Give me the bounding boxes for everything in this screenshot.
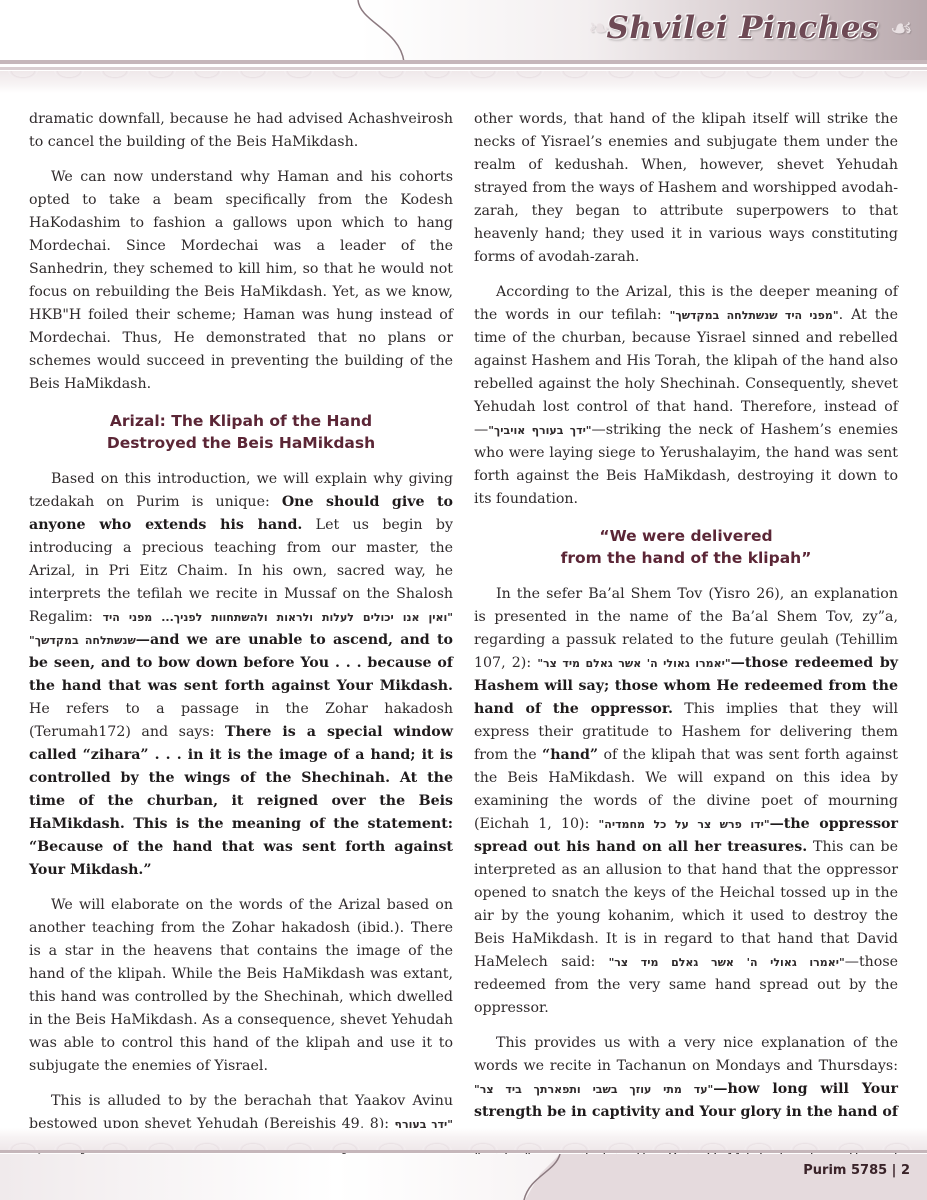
header-curve-decoration bbox=[340, 0, 420, 62]
paragraph: In the sefer Ba’al Shem Tov (Yisro 26), … bbox=[474, 583, 898, 1020]
paragraph: We will elaborate on the words of the Ar… bbox=[29, 894, 453, 1078]
footer-rule bbox=[0, 1150, 927, 1153]
header-rule bbox=[0, 60, 927, 64]
paragraph: other words, that hand of the klipah its… bbox=[474, 108, 898, 269]
footer-curve-decoration bbox=[500, 1154, 570, 1200]
hebrew-quote: "יאמרו גאולי ה' אשר גאלם מיד צר" bbox=[609, 956, 845, 969]
emphasis-text: There is a special window called “zihara… bbox=[29, 724, 453, 878]
left-column: dramatic downfall, because he had advise… bbox=[29, 108, 453, 1194]
text-run: This is alluded to by the berachah that … bbox=[29, 1093, 453, 1132]
section-heading-delivered: “We were delivered from the hand of the … bbox=[474, 525, 898, 569]
hebrew-quote: "עד מתי עוזך בשבי ותפארתך ביד צר" bbox=[474, 1083, 713, 1096]
text-run: . At the time of the churban, because Yi… bbox=[474, 307, 898, 438]
page-header: ❧ Shvilei Pinches ☙ bbox=[0, 0, 927, 100]
footer-highlight bbox=[0, 1154, 560, 1200]
swirl-ornament-right-icon: ☙ bbox=[890, 14, 913, 44]
paragraph: dramatic downfall, because he had advise… bbox=[29, 108, 453, 154]
publication-title: Shvilei Pinches bbox=[607, 10, 880, 46]
heading-line: from the hand of the klipah” bbox=[474, 547, 898, 569]
hebrew-quote: "מפני היד שנשתלחה במקדשך" bbox=[670, 309, 839, 322]
paragraph: We can now understand why Haman and his … bbox=[29, 166, 453, 396]
text-run: Let us begin by introducing a precious t… bbox=[29, 517, 453, 625]
paragraph: According to the Arizal, this is the dee… bbox=[474, 281, 898, 511]
paragraph: Based on this introduction, we will expl… bbox=[29, 468, 453, 882]
hebrew-quote: "ידו פרש צר על כל מחמדיה" bbox=[599, 818, 770, 831]
right-column: other words, that hand of the klipah its… bbox=[474, 108, 898, 1200]
heading-line: Destroyed the Beis HaMikdash bbox=[29, 432, 453, 454]
heading-line: Arizal: The Klipah of the Hand bbox=[29, 410, 453, 432]
hebrew-quote: "יאמרו גאולי ה' אשר גאלם מיד צר" bbox=[537, 657, 730, 670]
hebrew-quote: "ידך בעורף אויביך" bbox=[488, 424, 591, 437]
ornamental-border-top bbox=[0, 71, 927, 93]
section-heading-arizal: Arizal: The Klipah of the Hand Destroyed… bbox=[29, 410, 453, 454]
emphasis-text: “hand” bbox=[542, 747, 598, 763]
heading-line: “We were delivered bbox=[474, 525, 898, 547]
ornamental-border-bottom bbox=[0, 1128, 927, 1150]
text-run: This provides us with a very nice explan… bbox=[474, 1035, 898, 1074]
header-rule-thin bbox=[0, 67, 927, 70]
text-run: This can be interpreted as an allusion t… bbox=[474, 839, 898, 970]
page-number-label: Purim 5785 | 2 bbox=[803, 1163, 910, 1178]
